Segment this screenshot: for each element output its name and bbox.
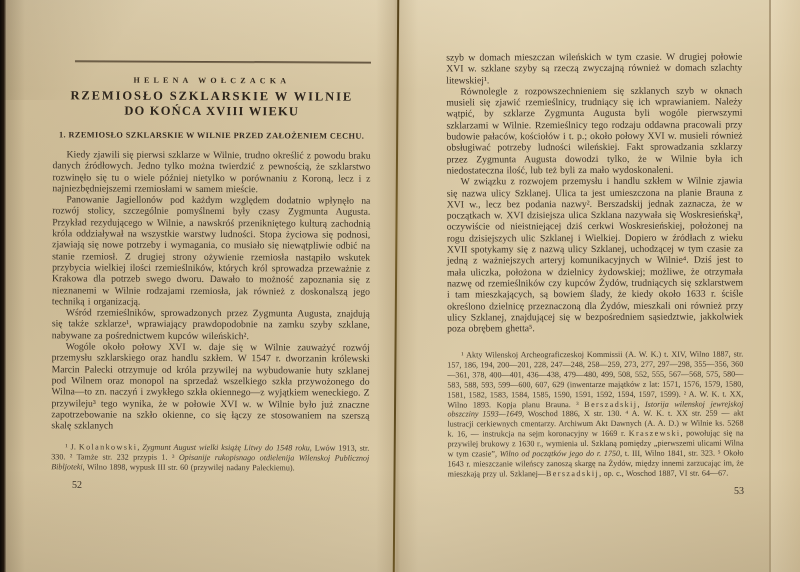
footnote-segment: Zygmunt August wielki książę Litwy do 15…: [142, 443, 309, 453]
book-scan: HELENA WOŁCZACKA RZEMIOSŁO SZKLARSKIE W …: [0, 0, 800, 572]
footnote-segment: , op. c., Woschod 1887, VI str. 64—67.: [599, 468, 728, 477]
body-paragraph: Wśród rzemieślników, sprowadzonych przez…: [52, 307, 370, 342]
body-paragraph: Wogóle około połowy XVI w. daje się w Wi…: [51, 341, 369, 433]
right-page-footnote: ¹ Akty Wilenskoj Archeograficzeskoj Komm…: [447, 349, 743, 479]
footnote-segment: ,: [637, 399, 645, 408]
left-page-footnote: ¹ J. Kolankowski, Zygmunt August wielki …: [51, 442, 369, 473]
book-left-edge: [0, 0, 7, 572]
body-paragraph: Równolegle z rozpowszechnieniem się szkl…: [446, 85, 742, 176]
section-heading: 1. RZEMIOSŁO SZKLARSKIE W WILNIE PRZED Z…: [53, 130, 371, 140]
footnote-segment: ¹ J.: [65, 442, 79, 451]
left-page: HELENA WOŁCZACKA RZEMIOSŁO SZKLARSKIE W …: [51, 54, 371, 515]
body-paragraph: szyb w domach mieszczan wileńskich w tym…: [446, 51, 742, 86]
footnote-segment: Berszadskij: [546, 469, 599, 478]
footnote-segment: Wilno od początków jego do r. 1750: [500, 449, 620, 458]
article-title-line-1: RZEMIOSŁO SZKLARSKIE W WILNIE: [53, 88, 371, 104]
footnote-segment: Kraszewski: [629, 429, 681, 438]
right-page-body: szyb w domach mieszczan wileńskich w tym…: [446, 51, 743, 334]
page-number-right: 53: [734, 486, 744, 497]
body-paragraph: W związku z rozwojem przemysłu i handlu …: [447, 176, 744, 335]
right-page: szyb w domach mieszczan wileńskich w tym…: [446, 49, 744, 520]
page-right-margin-strip: [771, 0, 800, 572]
author-line: HELENA WOŁCZACKA: [53, 75, 371, 85]
footnote-segment: , Wilno 1898, wypusk III str. 60 (przywi…: [83, 462, 295, 472]
book-left-edge-shadow: [7, 0, 25, 572]
body-paragraph: Panowanie Jagiellonów pod każdym względe…: [52, 194, 370, 308]
footnote-segment: Kolankowski: [79, 442, 138, 451]
page-number-left: 52: [72, 480, 82, 491]
footnote-segment: Berszadskij: [584, 399, 637, 408]
left-page-body: Kiedy zjawili się pierwsi szklarze w Wil…: [51, 149, 370, 433]
body-paragraph: Kiedy zjawili się pierwsi szklarze w Wil…: [52, 149, 370, 196]
header-rule: [75, 60, 371, 63]
article-title-line-2: DO KOŃCA XVIII WIEKU: [53, 103, 371, 119]
